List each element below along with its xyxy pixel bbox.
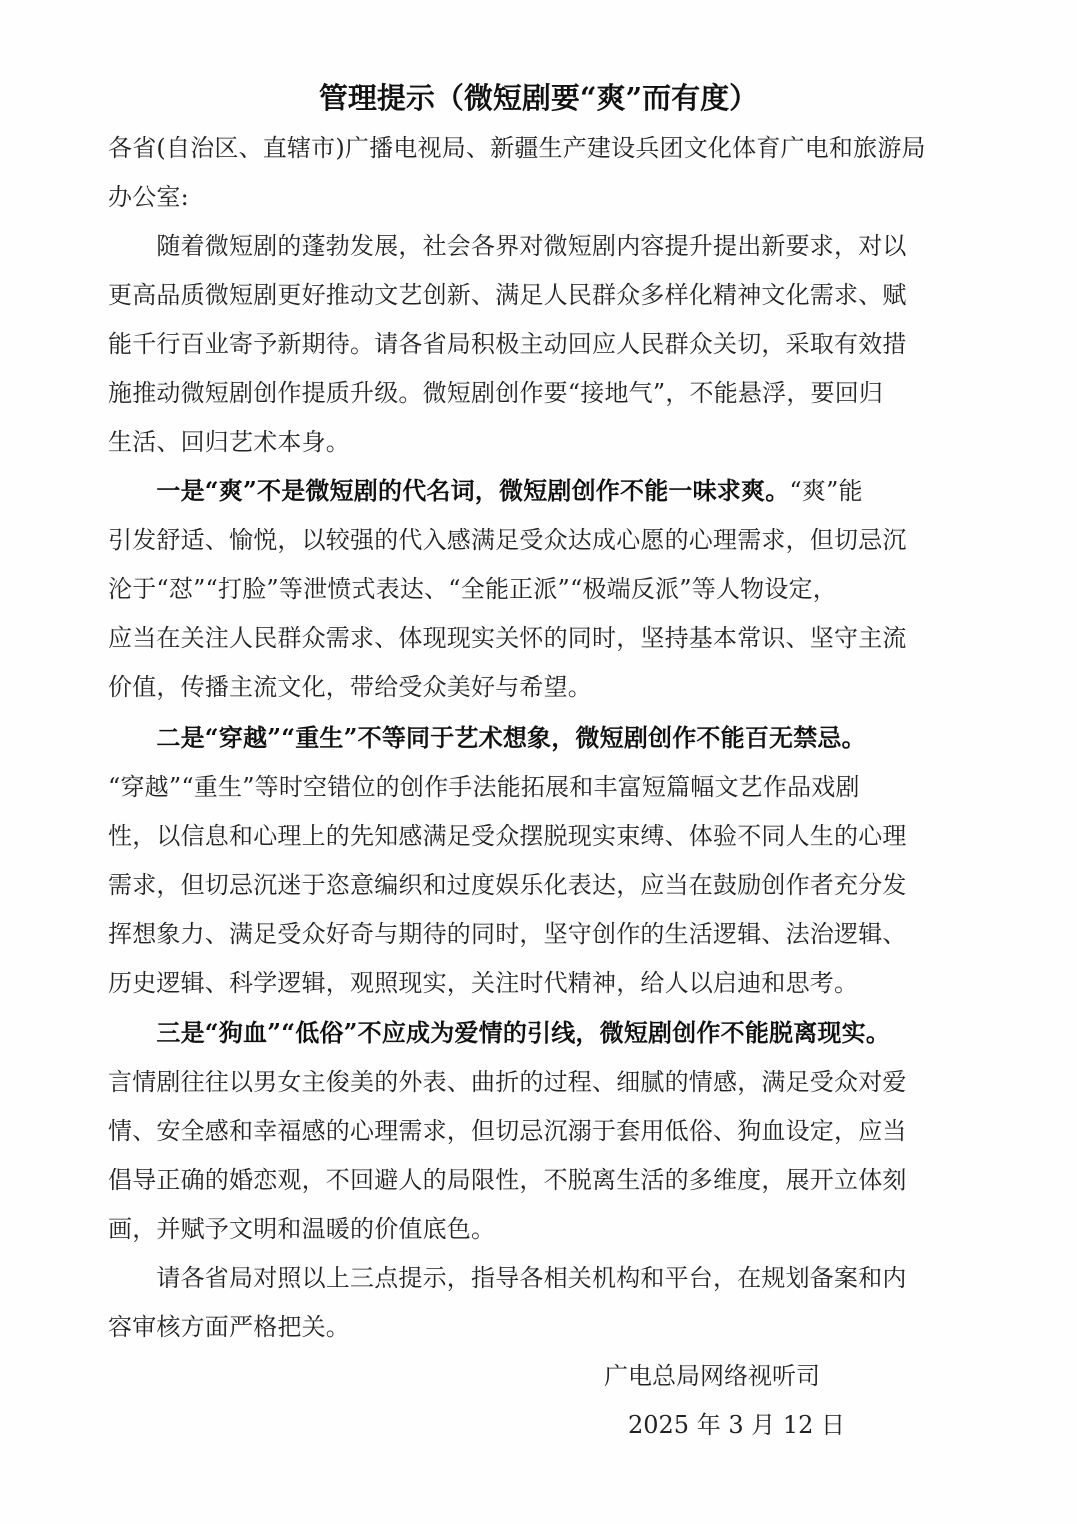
intro-line: 更高品质微短剧更好推动文艺创新、满足人民群众多样化精神文化需求、赋 [108, 275, 978, 310]
point2-line: 历史逻辑、科学逻辑，观照现实，关注时代精神，给人以启迪和思考。 [108, 963, 978, 998]
point3-line: 情、安全感和幸福感的心理需求，但切忌沉溺于套用低俗、狗血设定，应当 [108, 1111, 978, 1146]
point1-line: 应当在关注人民群众需求、体现现实关怀的同时，坚持基本常识、坚守主流 [108, 618, 978, 653]
recipient-line: 办公室: [108, 177, 978, 212]
document-title: 管理提示（微短剧要“爽”而有度） [0, 76, 1077, 117]
point3-heading: 三是“狗血”“低俗”不应成为爱情的引线，微短剧创作不能脱离现实。 [108, 1013, 978, 1048]
closing-line: 容审核方面严格把关。 [108, 1307, 978, 1342]
point2-heading: 二是“穿越”“重生”不等同于艺术想象，微短剧创作不能百无禁忌。 [108, 718, 978, 753]
point1-line: 价值，传播主流文化，带给受众美好与希望。 [108, 667, 978, 702]
intro-line: 施推动微短剧创作提质升级。微短剧创作要“接地气”，不能悬浮，要回归 [108, 373, 978, 408]
point1-line: 引发舒适、愉悦，以较强的代入感满足受众达成心愿的心理需求，但切忌沉 [108, 520, 978, 555]
point3-line: 画，并赋予文明和温暖的价值底色。 [108, 1209, 978, 1244]
closing-line: 请各省局对照以上三点提示，指导各相关机构和平台，在规划备案和内 [108, 1258, 978, 1293]
point2-line: 需求，但切忌沉迷于恣意编织和过度娱乐化表达，应当在鼓励创作者充分发 [108, 865, 978, 900]
point3-line: 倡导正确的婚恋观，不回避人的局限性，不脱离生活的多维度，展开立体刻 [108, 1160, 978, 1195]
point1-line: 沦于“怼”“打脸”等泄愤式表达、“全能正派”“极端反派”等人物设定， [108, 569, 978, 604]
point1-first-line: 一是“爽”不是微短剧的代名词，微短剧创作不能一味求爽。“爽”能 [108, 471, 978, 506]
signature-date: 2025 年 3 月 12 日 [628, 1405, 845, 1440]
intro-line: 能千行百业寄予新期待。请各省局积极主动回应人民群众关切，采取有效措 [108, 324, 978, 359]
point3-line: 言情剧往往以男女主俊美的外表、曲折的过程、细腻的情感，满足受众对爱 [108, 1062, 978, 1097]
document-page: 管理提示（微短剧要“爽”而有度） 各省(自治区、直辖市)广播电视局、新疆生产建设… [0, 0, 1077, 1524]
signature-issuer: 广电总局网络视听司 [604, 1356, 820, 1391]
recipient-line: 各省(自治区、直辖市)广播电视局、新疆生产建设兵团文化体育广电和旅游局 [108, 128, 978, 163]
point1-heading-rest: “爽”能 [789, 477, 862, 505]
point2-line: 挥想象力、满足受众好奇与期待的同时，坚守创作的生活逻辑、法治逻辑、 [108, 914, 978, 949]
point1-heading: 一是“爽”不是微短剧的代名词，微短剧创作不能一味求爽。 [108, 476, 789, 505]
point2-line: “穿越”“重生”等时空错位的创作手法能拓展和丰富短篇幅文艺作品戏剧 [108, 767, 978, 802]
intro-line: 随着微短剧的蓬勃发展，社会各界对微短剧内容提升提出新要求，对以 [108, 226, 978, 261]
point2-line: 性，以信息和心理上的先知感满足受众摆脱现实束缚、体验不同人生的心理 [108, 816, 978, 851]
intro-line: 生活、回归艺术本身。 [108, 422, 978, 457]
